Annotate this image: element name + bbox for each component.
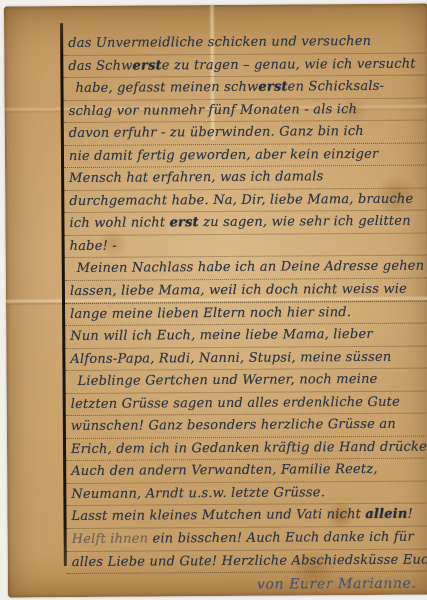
letter-line: Lasst mein kleines Mutchen und Vati nich… bbox=[66, 504, 427, 529]
letter-line: habe, gefasst meinen schwersten Schicksa… bbox=[63, 76, 425, 101]
letter-line: Mensch hat erfahren, was ich damals bbox=[64, 166, 426, 191]
letter-line: Nun will ich Euch, meine liebe Mama, lie… bbox=[65, 324, 427, 349]
letter-line: das Unvermeidliche schicken und versuche… bbox=[63, 31, 425, 56]
letter-line: Meinen Nachlass habe ich an Deine Adress… bbox=[65, 256, 427, 281]
letter-line: davon erfuhr - zu überwinden. Ganz bin i… bbox=[64, 121, 426, 146]
archival-number: L-2003/17/137 bbox=[305, 578, 400, 590]
handwritten-text-block: das Unvermeidliche schicken und versuche… bbox=[63, 31, 427, 599]
letter-line: letzten Grüsse sagen und alles erdenklic… bbox=[66, 391, 427, 416]
photographed-letter: das Unvermeidliche schicken und versuche… bbox=[0, 0, 427, 600]
letter-line: Neumann, Arndt u.s.w. letzte Grüsse. bbox=[66, 481, 427, 506]
letter-line: durchgemacht habe. Na, Dir, liebe Mama, … bbox=[64, 188, 426, 213]
letter-line: schlag vor nunmehr fünf Monaten - als ic… bbox=[64, 98, 426, 123]
letter-line: ich wohl nicht erst zu sagen, wie sehr i… bbox=[64, 211, 426, 236]
letter-line: habe! - bbox=[65, 233, 427, 258]
letter-line: nie damit fertig geworden, aber kein ein… bbox=[64, 143, 426, 168]
letter-line: Lieblinge Gertchen und Werner, noch mein… bbox=[65, 369, 427, 394]
letter-line: wünschen! Ganz besonders herzliche Grüss… bbox=[66, 414, 427, 439]
letter-line: das Schwerste zu tragen – genau, wie ich… bbox=[63, 53, 425, 78]
letter-line: Alfons-Papa, Rudi, Nanni, Stupsi, meine … bbox=[65, 346, 427, 371]
letter-lines: das Unvermeidliche schicken und versuche… bbox=[63, 31, 427, 575]
letter-line: Helft ihnen ein bisschen! Auch Euch dank… bbox=[67, 527, 427, 552]
letter-line: alles Liebe und Gute! Herzliche Abschied… bbox=[67, 549, 427, 574]
letter-paper: das Unvermeidliche schicken und versuche… bbox=[4, 4, 427, 598]
letter-line: Auch den andern Verwandten, Familie Reet… bbox=[66, 459, 427, 484]
letter-line: Erich, dem ich in Gedanken kräftig die H… bbox=[66, 436, 427, 461]
letter-line: lange meine lieben Eltern noch hier sind… bbox=[65, 301, 427, 326]
letter-line: lassen, liebe Mama, weil ich doch nicht … bbox=[65, 279, 427, 304]
